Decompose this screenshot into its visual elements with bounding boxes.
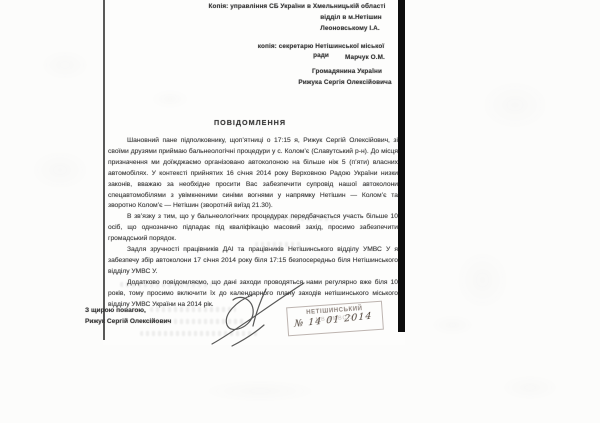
recipient-line: Марчук О.М. bbox=[316, 53, 414, 62]
ink-bleed-mark bbox=[150, 307, 236, 312]
scan-noise bbox=[30, 150, 90, 190]
scanned-letter-screenshot: { "document": { "recipients": [ { "lines… bbox=[0, 0, 600, 423]
scan-noise bbox=[40, 50, 90, 80]
scan-black-bar bbox=[398, 0, 405, 332]
page-left-edge-line bbox=[103, 0, 105, 340]
sender-line: Громадянина України bbox=[297, 67, 397, 76]
ink-bleed-mark bbox=[255, 242, 301, 247]
sender-line: Рижука Сергія Олексійовича bbox=[283, 78, 407, 87]
body-paragraph: В зв’язку з тим, що у бальнеологічних пр… bbox=[108, 212, 398, 245]
body-paragraph: Задля зручності працівників ДАІ та праці… bbox=[108, 245, 398, 278]
ink-bleed-mark bbox=[150, 319, 246, 324]
scan-noise bbox=[200, 380, 320, 402]
recipient-line: відділ в м.Нетішин bbox=[302, 13, 400, 22]
scan-noise bbox=[500, 375, 560, 400]
recipient-line: Леоновському І.А. bbox=[300, 24, 400, 33]
ink-bleed-mark bbox=[265, 216, 335, 221]
scan-noise bbox=[430, 315, 475, 335]
letter-title: ПОВІДОМЛЕННЯ bbox=[150, 118, 350, 127]
ink-bleed-mark bbox=[140, 331, 258, 336]
scan-noise bbox=[455, 250, 510, 310]
scan-noise bbox=[480, 80, 550, 130]
recipient-line: Копія: управління СБ України в Хмельниць… bbox=[192, 2, 402, 11]
ink-bleed-mark bbox=[120, 282, 212, 287]
scan-noise bbox=[150, 90, 190, 108]
body-paragraph: Шановний пане підполковнику, щоп’ятниці … bbox=[108, 136, 398, 212]
